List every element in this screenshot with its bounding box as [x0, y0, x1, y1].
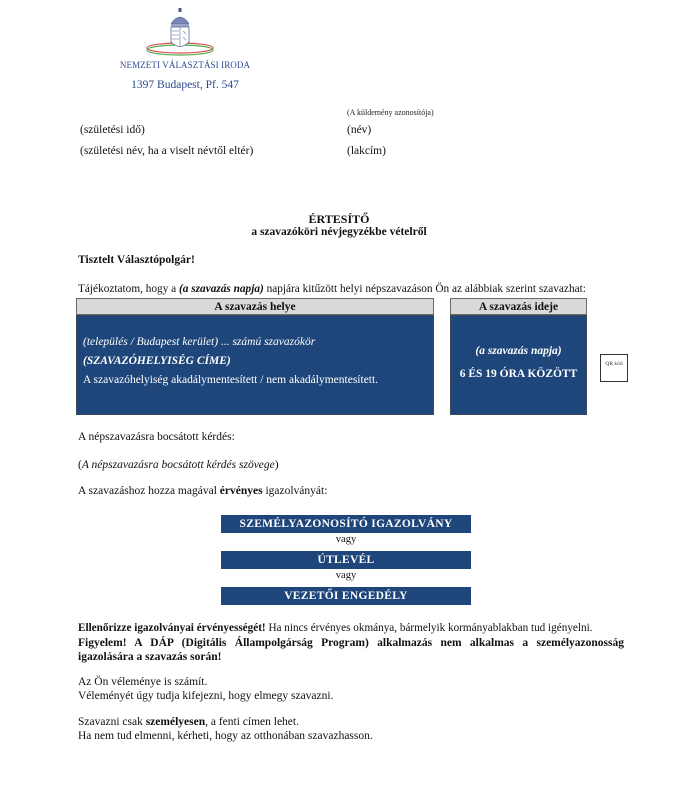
- personal-emphasis: személyesen: [146, 716, 205, 728]
- address-field: (lakcím): [347, 145, 386, 157]
- question-label: A népszavazásra bocsátott kérdés:: [78, 431, 235, 443]
- passport-bar: ÚTLEVÉL: [221, 551, 471, 569]
- voting-date: (a szavazás napja): [451, 345, 586, 357]
- voting-place-header: A szavazás helye: [76, 298, 434, 315]
- intro-text: Tájékoztatom, hogy a (a szavazás napja) …: [78, 283, 586, 295]
- intro-post: napjára kitűzött helyi népszavazáson Ön …: [264, 283, 586, 295]
- polling-address: (SZAVAZÓHELYISÉG CÍME): [83, 355, 433, 367]
- home-voting-note: Ha nem tud elmenni, kérheti, hogy az ott…: [78, 730, 373, 742]
- birth-date-field: (születési idő): [80, 124, 145, 136]
- greeting: Tisztelt Választópolgár!: [78, 254, 195, 266]
- voting-place-content: (település / Budapest kerület) ... számú…: [76, 315, 434, 415]
- coat-of-arms-icon: [140, 6, 220, 56]
- accessibility-note: A szavazóhelyiség akadálymentesített / n…: [83, 374, 433, 386]
- qr-code-placeholder: QR kód: [600, 354, 628, 382]
- check-validity-bold: Ellenőrizze igazolványai érvényességét!: [78, 622, 266, 634]
- opinion-line-1: Az Ön véleménye is számít.: [78, 676, 207, 688]
- shipment-id-label: (A küldemény azonosítója): [347, 108, 434, 117]
- polling-district: (település / Budapest kerület) ... számú…: [83, 336, 433, 348]
- or-label: vagy: [221, 534, 471, 545]
- voting-time-content: (a szavazás napja) 6 ÉS 19 ÓRA KÖZÖTT: [450, 315, 587, 415]
- personal-voting: Szavazni csak személyesen, a fenti címen…: [78, 716, 299, 728]
- id-card-bar: SZEMÉLYAZONOSÍTÓ IGAZOLVÁNY: [221, 515, 471, 533]
- document-subtitle: a szavazóköri névjegyzékbe vételről: [0, 226, 678, 238]
- voting-time-header: A szavazás ideje: [450, 298, 587, 315]
- organization-name: NEMZETI VÁLASZTÁSI IRODA: [105, 60, 265, 70]
- id-instruction: A szavazáshoz hozza magával érvényes iga…: [78, 485, 327, 497]
- birth-name-field: (születési név, ha a viselt névtől eltér…: [80, 145, 253, 157]
- voting-place-box: A szavazás helye (település / Budapest k…: [76, 298, 434, 415]
- voting-time-box: A szavazás ideje (a szavazás napja) 6 ÉS…: [450, 298, 587, 415]
- question-text: (A népszavazásra bocsátott kérdés szöveg…: [78, 459, 279, 471]
- validity-warning: Ellenőrizze igazolványai érvényességét! …: [78, 621, 624, 665]
- dap-warning: Figyelem! A DÁP (Digitális Állampolgársá…: [78, 636, 624, 665]
- intro-date: (a szavazás napja): [179, 283, 264, 295]
- organization-address: 1397 Budapest, Pf. 547: [105, 79, 265, 91]
- document-title: ÉRTESÍTŐ: [0, 212, 678, 227]
- intro-pre: Tájékoztatom, hogy a: [78, 283, 179, 295]
- name-field: (név): [347, 124, 371, 136]
- id-valid-emphasis: érvényes: [220, 485, 263, 497]
- driving-licence-bar: VEZETŐI ENGEDÉLY: [221, 587, 471, 605]
- logo: [118, 6, 242, 56]
- opinion-line-2: Véleményét úgy tudja kifejezni, hogy elm…: [78, 690, 333, 702]
- voting-hours: 6 ÉS 19 ÓRA KÖZÖTT: [451, 368, 586, 380]
- question-content: A népszavazásra bocsátott kérdés szövege: [82, 459, 275, 471]
- or-label: vagy: [221, 570, 471, 581]
